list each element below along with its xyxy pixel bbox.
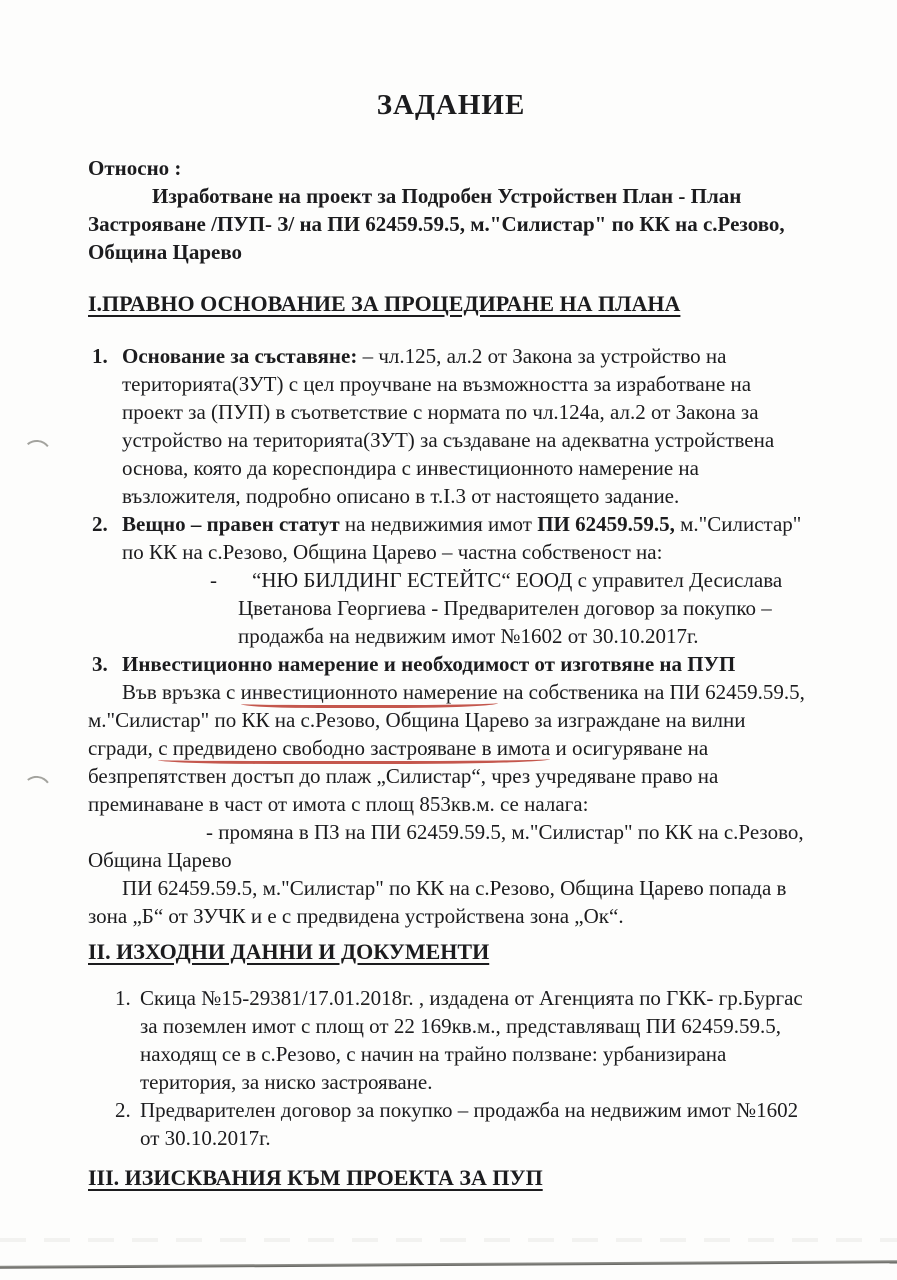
item-number: 1.	[115, 984, 131, 1012]
item3-heading: Инвестиционно намерение и необходимост о…	[122, 650, 814, 678]
item3-paragraph-2: ПИ 62459.59.5, м."Силистар" по КК на с.Р…	[88, 874, 814, 930]
scan-smudge-artifact	[0, 1238, 897, 1242]
section1-heading: I.ПРАВНО ОСНОВАНИЕ ЗА ПРОЦЕДИРАНЕ НА ПЛА…	[88, 290, 814, 318]
item1-lead: Основание за съставяне:	[122, 344, 357, 368]
scan-arc-artifact-icon	[21, 774, 54, 794]
scanned-document-page: ЗАДАНИЕ Относно : Изработване на проект …	[0, 0, 897, 1280]
list-item: 2. Предварителен договор за покупко – пр…	[88, 1096, 814, 1152]
item1-text: – чл.125, ал.2 от Закона за устройство н…	[122, 344, 774, 508]
item3-p1-start: Във връзка с	[122, 680, 241, 704]
item-number: 2.	[115, 1096, 131, 1124]
regarding-label: Относно :	[88, 154, 814, 182]
item2-owner-bullet: - “НЮ БИЛДИНГ ЕСТЕЙТС“ ЕООД с управител …	[122, 566, 814, 650]
item2-owner-text: “НЮ БИЛДИНГ ЕСТЕЙТС“ ЕООД с управител Де…	[238, 568, 782, 648]
document-body: ЗАДАНИЕ Относно : Изработване на проект …	[88, 88, 814, 1192]
item-number: 1.	[92, 342, 108, 370]
item-number: 3.	[92, 650, 108, 678]
section2-list: 1. Скица №15-29381/17.01.2018г. , издаде…	[88, 984, 814, 1152]
scan-arc-artifact-icon	[21, 438, 54, 457]
list-item-1: 1. Основание за съставяне: – чл.125, ал.…	[88, 342, 814, 510]
regarding-text: Изработване на проект за Подробен Устрой…	[88, 182, 814, 266]
item3-paragraph-1: Във връзка с инвестиционното намерение н…	[88, 678, 814, 818]
section2-heading: II. ИЗХОДНИ ДАННИ И ДОКУМЕНТИ	[88, 938, 814, 966]
page-edge-line	[0, 1260, 897, 1268]
item3-change-bullet: - промяна в ПЗ на ПИ 62459.59.5, м."Сили…	[88, 818, 814, 874]
section2-item2-text: Предварителен договор за покупко – прода…	[140, 1098, 798, 1150]
item2-property-id: ПИ 62459.59.5,	[537, 512, 675, 536]
list-item-3: 3. Инвестиционно намерение и необходимос…	[88, 650, 814, 930]
bullet-dash: -	[210, 566, 217, 594]
red-underlined-phrase-1: инвестиционното намерение	[241, 680, 498, 708]
page-title: ЗАДАНИЕ	[88, 88, 814, 122]
list-item-2: 2. Вещно – правен статут на недвижимия и…	[88, 510, 814, 650]
list-item: 1. Скица №15-29381/17.01.2018г. , издаде…	[88, 984, 814, 1096]
section3-heading: III. ИЗИСКВАНИЯ КЪМ ПРОЕКТА ЗА ПУП	[88, 1164, 814, 1192]
red-underlined-phrase-2: с предвидено свободно застрояване в имот…	[158, 736, 550, 764]
item2-lead: Вещно – правен статут	[122, 512, 340, 536]
item2-mid: на недвижимия имот	[340, 512, 538, 536]
section2-item1-text: Скица №15-29381/17.01.2018г. , издадена …	[140, 986, 803, 1094]
item-number: 2.	[92, 510, 108, 538]
